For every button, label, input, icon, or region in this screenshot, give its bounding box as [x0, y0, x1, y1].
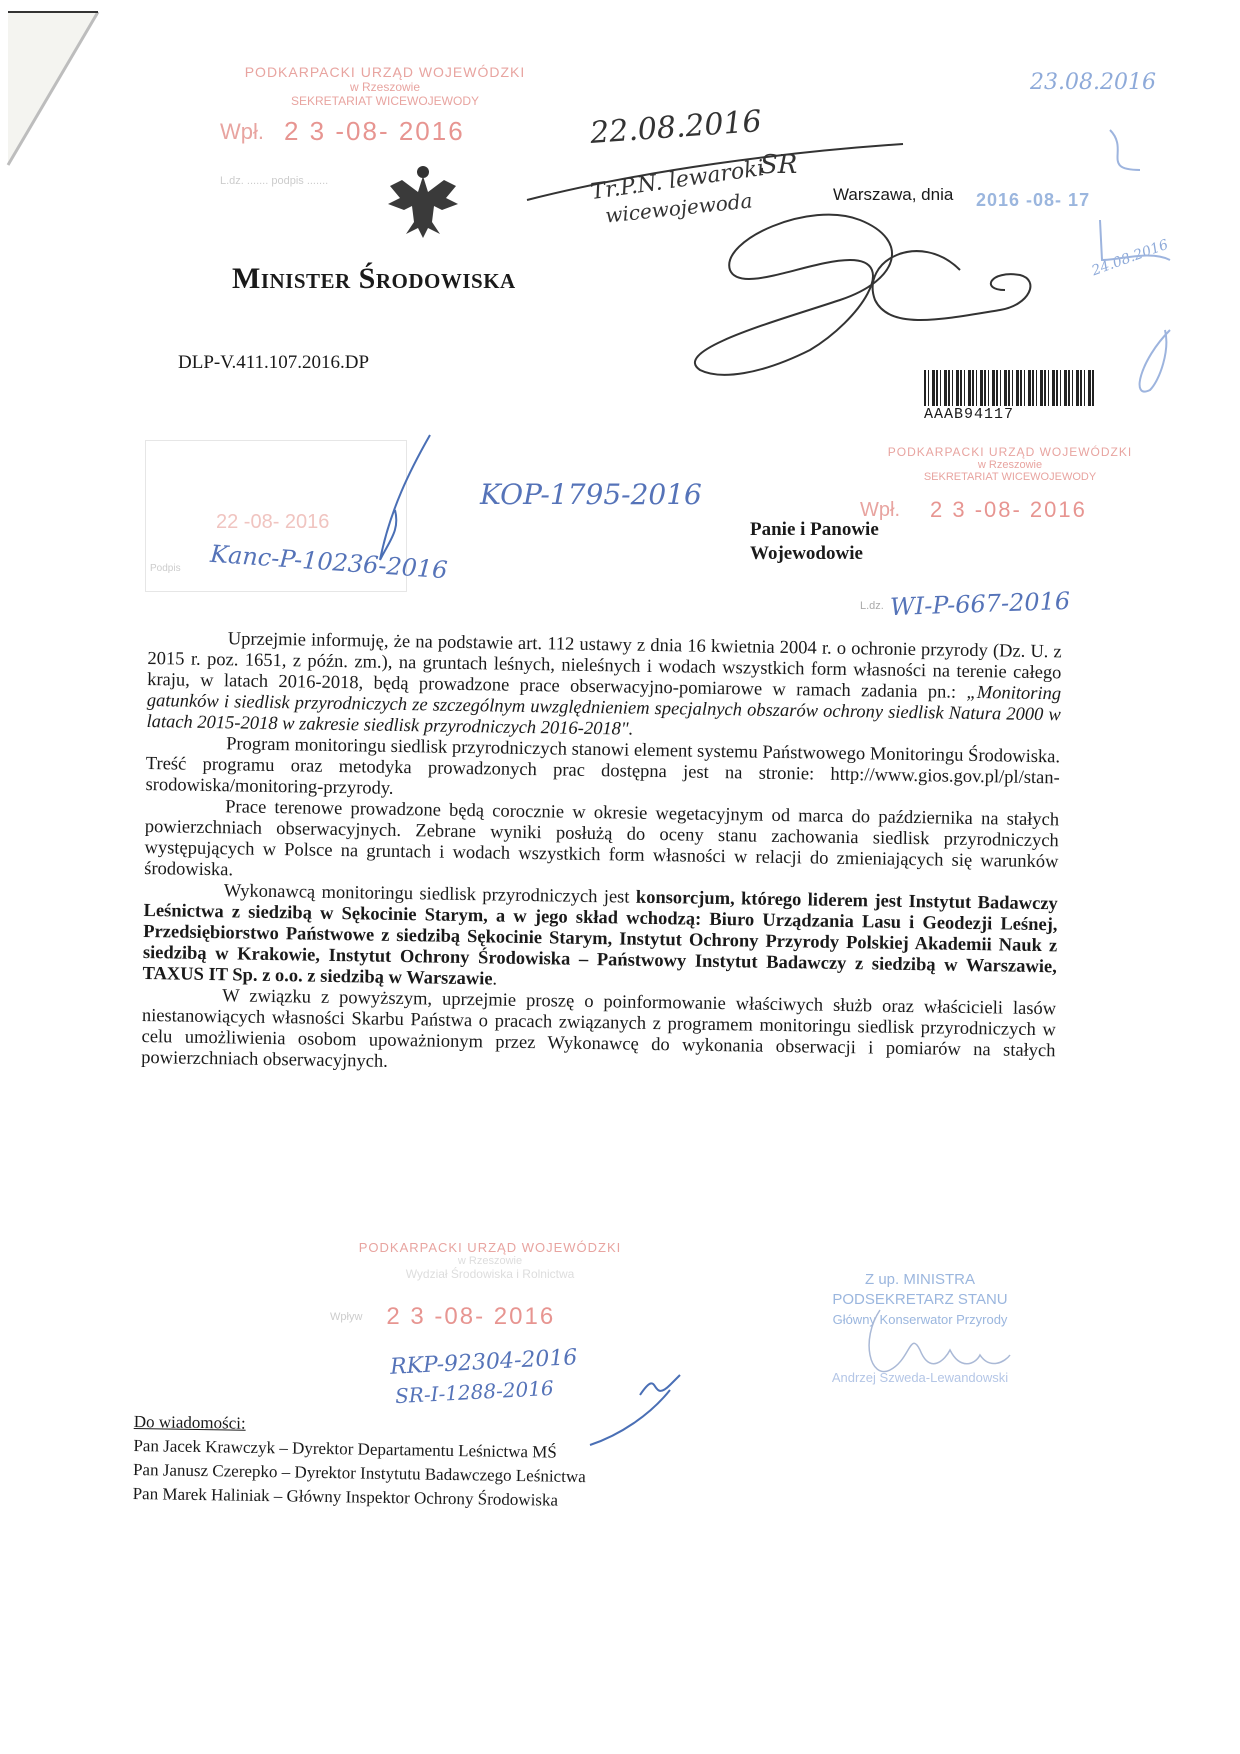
stamp-line: w Rzeszowie: [220, 80, 550, 94]
stamp-line: PODKARPACKI URZĄD WOJEWÓDZKI: [860, 445, 1160, 459]
handwritten-register-number: WI-P-667-2016: [890, 587, 1071, 621]
initials-scribble: [580, 1345, 700, 1455]
stamp-prefix: Wpływ: [330, 1311, 362, 1323]
page-fold-corner: [0, 0, 110, 170]
letter-body: Uprzejmie informuję, że na podstawie art…: [141, 628, 1062, 1083]
handwritten-register-number: SR-I-1288-2016: [394, 1376, 554, 1408]
ministry-title: Minister Środowiska: [232, 262, 516, 296]
stamp-footer: L.dz.: [860, 600, 884, 612]
paragraph: Uprzejmie informuję, że na podstawie art…: [146, 628, 1062, 747]
handwritten-signature: [850, 1300, 1050, 1400]
stamp-line: w Rzeszowie: [330, 1255, 650, 1267]
receipt-stamp-right: PODKARPACKI URZĄD WOJEWÓDZKI w Rzeszowie…: [860, 445, 1160, 523]
stamp-prefix: Podpis: [150, 563, 181, 574]
stamp-line: SEKRETARIAT WICEWOJEWODY: [860, 471, 1160, 483]
stamp-date: 22 -08- 2016: [216, 511, 329, 534]
stamp-line: Wydział Środowiska i Rolnictwa: [330, 1267, 650, 1281]
handwritten-initials: SR: [760, 150, 797, 180]
paragraph: Wykonawcą monitoringu siedlisk przyrodni…: [142, 880, 1058, 999]
paragraph-text: Uprzejmie informuję, że na podstawie art…: [147, 629, 1062, 703]
addressee: Panie i Panowie Wojewodowie: [750, 518, 879, 566]
receipt-stamp-bottom: PODKARPACKI URZĄD WOJEWÓDZKI w Rzeszowie…: [330, 1240, 650, 1331]
addressee-line: Panie i Panowie: [750, 518, 879, 542]
signature-stroke: [360, 430, 440, 570]
signature-line: Z up. MINISTRA: [760, 1270, 1080, 1290]
polish-eagle-emblem-icon: [382, 162, 464, 240]
cc-list: Do wiadomości: Pan Jacek Krawczyk – Dyre…: [132, 1410, 586, 1513]
paragraph-text: .: [492, 969, 497, 989]
margin-scribble: [1090, 110, 1190, 410]
stamp-line: PODKARPACKI URZĄD WOJEWÓDZKI: [330, 1240, 650, 1255]
barcode: [924, 370, 1094, 406]
addressee-line: Wojewodowie: [750, 542, 879, 566]
handwritten-margin-date: 23.08.2016: [1030, 70, 1156, 95]
stamp-date: 2 3 -08- 2016: [284, 116, 465, 147]
stamp-line: w Rzeszowie: [860, 459, 1160, 471]
paragraph: Prace terenowe prowadzone będą corocznie…: [144, 796, 1059, 894]
stamp-date: 2 3 -08- 2016: [930, 497, 1087, 523]
handwritten-register-number: RKP-92304-2016: [389, 1345, 578, 1380]
stamp-line: SEKRETARIAT WICEWOJEWODY: [220, 94, 550, 108]
stamp-line: PODKARPACKI URZĄD WOJEWÓDZKI: [220, 64, 550, 80]
paragraph: W związku z powyższym, uprzejmie proszę …: [141, 985, 1056, 1083]
handwritten-register-number: KOP-1795-2016: [480, 478, 702, 511]
signature-scribble: [660, 200, 1060, 380]
reference-number: DLP-V.411.107.2016.DP: [178, 352, 369, 374]
stamp-date: 2 3 -08- 2016: [386, 1303, 555, 1331]
barcode-number: AAAB94117: [924, 406, 1014, 423]
stamp-prefix: Wpł.: [220, 119, 264, 145]
